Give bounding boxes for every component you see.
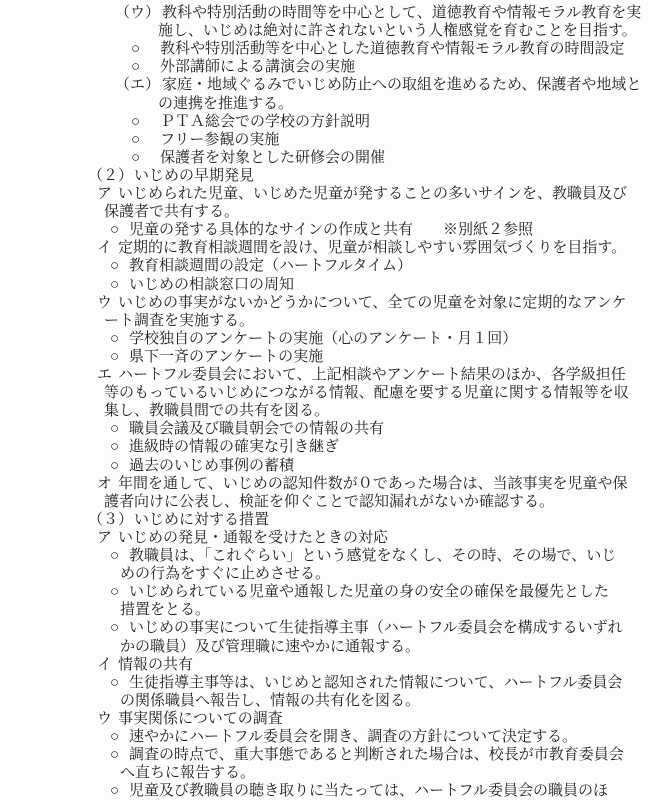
bullet-circle-marker: ○ [110, 457, 119, 475]
line-text: 護者向けに公表し、検証を仰ぐことで認知漏れがないか確認する。 [104, 493, 554, 511]
doc-line: 集し、教職員間での共有を図る。 [0, 402, 654, 420]
doc-line: 等のもっているいじめにつながる情報、配慮を要する児童に関する情報等を収 [0, 384, 654, 402]
doc-line: へ直ちに報告する。 [0, 764, 654, 782]
bullet-circle-marker: ○ [131, 131, 140, 149]
doc-line: ウ事実関係についての調査 [0, 710, 654, 728]
line-text: 事実関係についての調査 [118, 710, 283, 728]
document-body: （ウ）教科や特別活動の時間等を中心として、道徳教育や情報モラル教育を実施し、いじ… [0, 0, 654, 800]
doc-line: イ定期的に教育相談週間を設け、児童が相談しやすい雰囲気づくりを目指す。 [0, 239, 654, 257]
line-text: 情報の共有 [118, 656, 193, 674]
bullet-circle-marker: ○ [131, 58, 140, 76]
line-text: 児童及び教職員の聴き取りに当たっては、ハートフル委員会の職員のほ [129, 782, 608, 800]
doc-line: ○速やかにハートフル委員会を開き、調査の方針について決定する。 [0, 728, 654, 746]
item-marker: オ [97, 475, 112, 493]
line-text: の関係職員へ報告し、情報の共有化を図る。 [120, 692, 420, 710]
item-marker: イ [97, 239, 112, 257]
doc-line: ○保護者を対象とした研修会の開催 [0, 149, 654, 167]
doc-line: 護者向けに公表し、検証を仰ぐことで認知漏れがないか確認する。 [0, 493, 654, 511]
bullet-circle-marker: ○ [110, 547, 119, 565]
doc-line: （エ）家庭・地域ぐるみでいじめ防止への取組を進めるため、保護者や地域と [0, 76, 654, 94]
doc-line: ○教育相談週間の設定（ハートフルタイム） [0, 257, 654, 275]
doc-line: の連携を推進する。 [0, 95, 654, 113]
line-text: いじめの事実について生徒指導主事（ハートフル委員会を構成するいずれ [129, 619, 623, 637]
doc-line: （２）いじめの早期発見 [0, 167, 654, 185]
item-marker: エ [97, 366, 112, 384]
bullet-circle-marker: ○ [110, 782, 119, 800]
line-text: 教育相談週間の設定（ハートフルタイム） [129, 257, 412, 275]
bullet-circle-marker: ○ [110, 619, 119, 637]
bullet-circle-marker: ○ [110, 746, 119, 764]
document-page: （ウ）教科や特別活動の時間等を中心として、道徳教育や情報モラル教育を実施し、いじ… [0, 0, 654, 800]
line-text: の連携を推進する。 [158, 95, 293, 113]
item-marker: （３） [88, 511, 133, 529]
line-text: いじめの早期発見 [134, 167, 254, 185]
doc-line: ○進級時の情報の確実な引き継ぎ [0, 438, 654, 456]
doc-line: 施し、いじめは絶対に許されないという人権感覚を育むことを目指す。 [0, 22, 654, 40]
item-marker: （ウ） [115, 4, 160, 22]
doc-line: イ情報の共有 [0, 656, 654, 674]
line-text: いじめに対する措置 [134, 511, 269, 529]
line-text: いじめの事実がないかどうかについて、全ての児童を対象に定期的なアンケ [118, 294, 627, 312]
doc-line: ○生徒指導主事等は、いじめと認知された情報について、ハートフル委員会 [0, 674, 654, 692]
doc-line: ○教職員は、「これぐらい」という感覚をなくし、その時、その場で、いじ [0, 547, 654, 565]
doc-line: アいじめられた児童、いじめた児童が発することの多いサインを、教職員及び [0, 185, 654, 203]
item-marker: ウ [97, 294, 112, 312]
line-text: 外部講師による講演会の実施 [160, 58, 355, 76]
doc-line: アいじめの発見・通報を受けたときの対応 [0, 529, 654, 547]
line-text: 児童の発する具体的なサインの作成と共有 ※別紙２参照 [129, 221, 533, 239]
line-text: へ直ちに報告する。 [120, 764, 255, 782]
doc-line: ○調査の時点で、重大事態であると判断された場合は、校長が市教育委員会 [0, 746, 654, 764]
bullet-circle-marker: ○ [110, 276, 119, 294]
bullet-circle-marker: ○ [131, 113, 140, 131]
bullet-circle-marker: ○ [110, 438, 119, 456]
item-marker: ア [97, 185, 112, 203]
doc-line: ○児童及び教職員の聴き取りに当たっては、ハートフル委員会の職員のほ [0, 782, 654, 800]
doc-line: ○職員会議及び職員朝会での情報の共有 [0, 420, 654, 438]
line-text: いじめられた児童、いじめた児童が発することの多いサインを、教職員及び [118, 185, 627, 203]
line-text: 教科や特別活動等を中心とした道徳教育や情報モラル教育の時間設定 [160, 40, 625, 58]
bullet-circle-marker: ○ [110, 674, 119, 692]
bullet-circle-marker: ○ [110, 330, 119, 348]
line-text: 速やかにハートフル委員会を開き、調査の方針について決定する。 [129, 728, 577, 746]
doc-line: ○県下一斉のアンケートの実施 [0, 348, 654, 366]
doc-line: の関係職員へ報告し、情報の共有化を図る。 [0, 692, 654, 710]
line-text: 県下一斉のアンケートの実施 [129, 348, 323, 366]
bullet-circle-marker: ○ [110, 221, 119, 239]
doc-line: エハートフル委員会において、上記相談やアンケート結果のほか、各学級担任 [0, 366, 654, 384]
line-text: 教職員は、「これぐらい」という感覚をなくし、その時、その場で、いじ [129, 547, 616, 565]
doc-line: 措置をとる。 [0, 601, 654, 619]
line-text: 保護者を対象とした研修会の開催 [160, 149, 385, 167]
doc-line: ○いじめられている児童や通報した児童の身の安全の確保を最優先とした [0, 583, 654, 601]
doc-line: ○いじめの相談窓口の周知 [0, 276, 654, 294]
item-marker: ウ [97, 710, 112, 728]
line-text: フリー参観の実施 [160, 131, 279, 149]
line-text: いじめられている児童や通報した児童の身の安全の確保を最優先とした [129, 583, 609, 601]
doc-line: めの行為をすぐに止めさせる。 [0, 565, 654, 583]
line-text: 進級時の情報の確実な引き継ぎ [129, 438, 339, 456]
doc-line: ○ＰＴＡ総会での学校の方針説明 [0, 113, 654, 131]
item-marker: （２） [88, 167, 133, 185]
doc-line: オ年間を通して、いじめの認知件数が０であった場合は、当該事実を児童や保 [0, 475, 654, 493]
line-text: ハートフル委員会において、上記相談やアンケート結果のほか、各学級担任 [118, 366, 626, 384]
line-text: 措置をとる。 [120, 601, 210, 619]
doc-line: ○児童の発する具体的なサインの作成と共有 ※別紙２参照 [0, 221, 654, 239]
line-text: かの職員）及び管理職に速やかに通報する。 [120, 638, 420, 656]
line-text: 定期的に教育相談週間を設け、児童が相談しやすい雰囲気づくりを目指す。 [118, 239, 626, 257]
bullet-circle-marker: ○ [110, 348, 119, 366]
line-text: 教科や特別活動の時間等を中心として、道徳教育や情報モラル教育を実 [162, 4, 641, 22]
doc-line: ○いじめの事実について生徒指導主事（ハートフル委員会を構成するいずれ [0, 619, 654, 637]
bullet-circle-marker: ○ [131, 149, 140, 167]
bullet-circle-marker: ○ [131, 40, 140, 58]
doc-line: ○学校独自のアンケートの実施（心のアンケート・月１回） [0, 330, 654, 348]
line-text: 集し、教職員間での共有を図る。 [104, 402, 329, 420]
line-text: ＰＴＡ総会での学校の方針説明 [160, 113, 370, 131]
doc-line: かの職員）及び管理職に速やかに通報する。 [0, 638, 654, 656]
line-text: 年間を通して、いじめの認知件数が０であった場合は、当該事実を児童や保 [118, 475, 628, 493]
item-marker: イ [97, 656, 112, 674]
bullet-circle-marker: ○ [110, 257, 119, 275]
doc-line: ウいじめの事実がないかどうかについて、全ての児童を対象に定期的なアンケ [0, 294, 654, 312]
doc-line: ート調査を実施する。 [0, 312, 654, 330]
doc-line: ○フリー参観の実施 [0, 131, 654, 149]
doc-line: ○過去のいじめ事例の蓄積 [0, 457, 654, 475]
doc-line: ○外部講師による講演会の実施 [0, 58, 654, 76]
line-text: めの行為をすぐに止めさせる。 [120, 565, 330, 583]
line-text: 生徒指導主事等は、いじめと認知された情報について、ハートフル委員会 [129, 674, 622, 692]
line-text: 等のもっているいじめにつながる情報、配慮を要する児童に関する情報等を収 [104, 384, 629, 402]
doc-line: ○教科や特別活動等を中心とした道徳教育や情報モラル教育の時間設定 [0, 40, 654, 58]
item-marker: ア [97, 529, 112, 547]
line-text: 家庭・地域ぐるみでいじめ防止への取組を進めるため、保護者や地域と [162, 76, 641, 94]
doc-line: 保護者で共有する。 [0, 203, 654, 221]
bullet-circle-marker: ○ [110, 420, 119, 438]
line-text: いじめの相談窓口の周知 [129, 276, 294, 294]
line-text: 施し、いじめは絶対に許されないという人権感覚を育むことを目指す。 [158, 22, 637, 40]
bullet-circle-marker: ○ [110, 583, 119, 601]
line-text: 過去のいじめ事例の蓄積 [129, 457, 294, 475]
line-text: 職員会議及び職員朝会での情報の共有 [129, 420, 384, 438]
line-text: 学校独自のアンケートの実施（心のアンケート・月１回） [129, 330, 517, 348]
line-text: 保護者で共有する。 [104, 203, 239, 221]
line-text: ート調査を実施する。 [104, 312, 254, 330]
line-text: いじめの発見・通報を受けたときの対応 [118, 529, 388, 547]
doc-line: （３）いじめに対する措置 [0, 511, 654, 529]
doc-line: （ウ）教科や特別活動の時間等を中心として、道徳教育や情報モラル教育を実 [0, 4, 654, 22]
item-marker: （エ） [115, 76, 160, 94]
line-text: 調査の時点で、重大事態であると判断された場合は、校長が市教育委員会 [129, 746, 624, 764]
bullet-circle-marker: ○ [110, 728, 119, 746]
